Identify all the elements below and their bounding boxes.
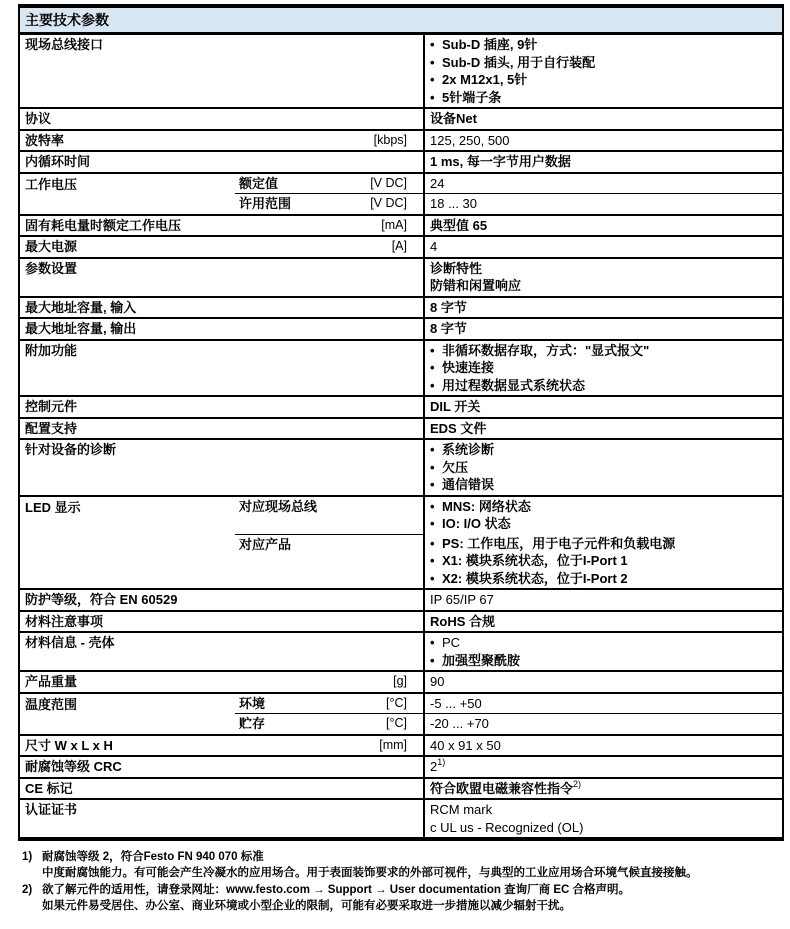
row-sublabel: 对应现场总线 <box>235 498 351 533</box>
table-subrow: 额定值[V DC]24 <box>235 174 782 194</box>
value-line: 防错和闲置响应 <box>430 277 778 295</box>
row-left: 波特率[kbps] <box>20 131 425 151</box>
value-text: RCM mark <box>430 801 492 819</box>
value-text: X1: 模块系统状态，位于I-Port 1 <box>442 552 628 570</box>
row-unit <box>351 320 423 338</box>
row-value: •MNS: 网络状态•IO: I/O 状态 <box>425 497 782 534</box>
value-line: 典型值 65 <box>430 217 778 235</box>
footnote-line: 中度耐腐蚀能力。有可能会产生冷凝水的应用场合。用于表面装饰要求的外部可视件，与典… <box>42 866 784 882</box>
section-title: 主要技术参数 <box>25 12 109 28</box>
value-line: 8 字节 <box>430 320 778 338</box>
value-line: •2x M12x1, 5针 <box>430 71 778 89</box>
row-label: 波特率 <box>20 132 351 150</box>
row-unit <box>351 260 423 295</box>
table-row: LED 显示对应现场总线•MNS: 网络状态•IO: I/O 状态对应产品•PS… <box>20 495 782 589</box>
row-left: CE 标记 <box>20 779 425 799</box>
row-left: 材料信息 - 壳体 <box>20 633 425 670</box>
footnote-reference: 1) <box>437 758 445 776</box>
value-line: IP 65/IP 67 <box>430 591 778 609</box>
bullet-icon: • <box>430 441 442 459</box>
subrow-left: 环境[°C] <box>235 694 425 714</box>
bullet-icon: • <box>430 54 442 72</box>
row-unit: [V DC] <box>351 175 423 193</box>
row-label: 最大地址容量, 输入 <box>20 299 351 317</box>
value-text: 非循环数据存取，方式："显式报文" <box>442 342 649 360</box>
value-text: -20 ... +70 <box>430 715 489 733</box>
value-line: -5 ... +50 <box>430 695 778 713</box>
table-row: 防护等级，符合 EN 60529IP 65/IP 67 <box>20 588 782 610</box>
value-text: 90 <box>430 673 444 691</box>
row-value: 24 <box>425 174 782 194</box>
value-text: 防错和闲置响应 <box>430 277 521 295</box>
row-unit <box>351 441 423 494</box>
value-text: 设备Net <box>430 110 477 128</box>
subrow-stack: 额定值[V DC]24许用范围[V DC]18 ... 30 <box>235 174 782 214</box>
row-label: 工作电压 <box>20 174 235 214</box>
value-line: •5针端子条 <box>430 89 778 107</box>
value-line: 24 <box>430 175 778 193</box>
row-label: 产品重量 <box>20 673 351 691</box>
row-label: 固有耗电量时额定工作电压 <box>20 217 351 235</box>
row-left: 最大地址容量, 输出 <box>20 319 425 339</box>
table-row: 耐腐蚀等级 CRC21) <box>20 755 782 777</box>
row-unit <box>351 36 423 106</box>
row-unit <box>351 420 423 438</box>
bullet-icon: • <box>430 459 442 477</box>
row-sublabel: 环境 <box>235 695 351 713</box>
row-left: 产品重量[g] <box>20 672 425 692</box>
bullet-icon: • <box>430 89 442 107</box>
section-header: 主要技术参数 <box>18 4 784 35</box>
row-value: 诊断特性防错和闲置响应 <box>425 259 782 296</box>
value-text: 40 x 91 x 50 <box>430 737 501 755</box>
footnotes: 1)耐腐蚀等级 2，符合Festo FN 940 070 标准中度耐腐蚀能力。有… <box>18 850 784 914</box>
row-left: 最大电源[A] <box>20 237 425 257</box>
value-line: •IO: I/O 状态 <box>430 515 778 533</box>
row-value: 40 x 91 x 50 <box>425 736 782 756</box>
table-row: 现场总线接口•Sub-D 插座, 9针•Sub-D 插头, 用于自行装配•2x … <box>20 35 782 107</box>
spec-table: 现场总线接口•Sub-D 插座, 9针•Sub-D 插头, 用于自行装配•2x … <box>18 35 784 841</box>
table-subrow: 许用范围[V DC]18 ... 30 <box>235 193 782 214</box>
table-row: CE 标记符合欧盟电磁兼容性指令2) <box>20 777 782 799</box>
table-row: 控制元件DIL 开关 <box>20 395 782 417</box>
value-line: •系统诊断 <box>430 441 778 459</box>
value-line: •加强型聚酰胺 <box>430 652 778 670</box>
row-unit: [°C] <box>351 715 423 733</box>
value-text: 系统诊断 <box>442 441 494 459</box>
table-subrow: 对应现场总线•MNS: 网络状态•IO: I/O 状态 <box>235 497 782 534</box>
value-line: •PC <box>430 634 778 652</box>
value-text: 诊断特性 <box>430 260 482 278</box>
subrow-left: 额定值[V DC] <box>235 174 425 194</box>
row-label: 材料信息 - 壳体 <box>20 634 351 669</box>
footnote-line: 欲了解元件的适用性，请登录网址：www.festo.com → Support … <box>42 883 784 899</box>
row-value: •PC•加强型聚酰胺 <box>425 633 782 670</box>
value-text: DIL 开关 <box>430 398 480 416</box>
value-line: 设备Net <box>430 110 778 128</box>
row-label: 最大电源 <box>20 238 351 256</box>
value-text: 典型值 65 <box>430 217 487 235</box>
row-unit: [g] <box>351 673 423 691</box>
value-text: IP 65/IP 67 <box>430 591 494 609</box>
row-label: 现场总线接口 <box>20 36 351 106</box>
row-unit: [°C] <box>351 695 423 713</box>
table-subrow: 对应产品•PS: 工作电压，用于电子元件和负载电源•X1: 模块系统状态，位于I… <box>235 534 782 589</box>
row-left: 固有耗电量时额定工作电压[mA] <box>20 216 425 236</box>
row-left: 尺寸 W x L x H[mm] <box>20 736 425 756</box>
value-line: •通信错误 <box>430 476 778 494</box>
row-value: 125, 250, 500 <box>425 131 782 151</box>
subrow-left: 许用范围[V DC] <box>235 193 425 214</box>
row-left: 参数设置 <box>20 259 425 296</box>
table-row: 协议设备Net <box>20 107 782 129</box>
row-value: RCM markc UL us - Recognized (OL) <box>425 800 782 837</box>
value-text: 8 字节 <box>430 299 467 317</box>
value-text: 4 <box>430 238 437 256</box>
row-left: 认证证书 <box>20 800 425 837</box>
row-unit: [A] <box>351 238 423 256</box>
bullet-icon: • <box>430 634 442 652</box>
value-line: 8 字节 <box>430 299 778 317</box>
footnote: 2)欲了解元件的适用性，请登录网址：www.festo.com → Suppor… <box>18 883 784 914</box>
table-row: 温度范围环境[°C]-5 ... +50贮存[°C]-20 ... +70 <box>20 692 782 734</box>
value-text: IO: I/O 状态 <box>442 515 511 533</box>
row-left: 协议 <box>20 109 425 129</box>
row-left: 配置支持 <box>20 419 425 439</box>
table-row: 尺寸 W x L x H[mm]40 x 91 x 50 <box>20 734 782 756</box>
bullet-icon: • <box>430 652 442 670</box>
value-line: RCM mark <box>430 801 778 819</box>
row-sublabel: 额定值 <box>235 175 351 193</box>
value-text: 5针端子条 <box>442 89 501 107</box>
value-line: EDS 文件 <box>430 420 778 438</box>
table-row: 波特率[kbps]125, 250, 500 <box>20 129 782 151</box>
value-text: -5 ... +50 <box>430 695 482 713</box>
bullet-icon: • <box>430 515 442 533</box>
bullet-icon: • <box>430 535 442 553</box>
row-sublabel: 对应产品 <box>235 536 351 588</box>
value-text: PS: 工作电压，用于电子元件和负载电源 <box>442 535 675 553</box>
value-text: 24 <box>430 175 444 193</box>
bullet-icon: • <box>430 71 442 89</box>
row-unit <box>351 153 423 171</box>
row-left: 耐腐蚀等级 CRC <box>20 757 425 777</box>
row-unit <box>351 780 423 798</box>
row-left: 内循环时间 <box>20 152 425 172</box>
row-unit <box>351 801 423 836</box>
value-text: 2 <box>430 758 437 776</box>
row-value: •Sub-D 插座, 9针•Sub-D 插头, 用于自行装配•2x M12x1,… <box>425 35 782 107</box>
value-line: •MNS: 网络状态 <box>430 498 778 516</box>
value-text: 用过程数据显式系统状态 <box>442 377 585 395</box>
row-left: 附加功能 <box>20 341 425 396</box>
value-text: c UL us - Recognized (OL) <box>430 819 583 837</box>
value-line: RoHS 合规 <box>430 613 778 631</box>
row-value: 设备Net <box>425 109 782 129</box>
value-line: •欠压 <box>430 459 778 477</box>
value-line: 4 <box>430 238 778 256</box>
row-value: 典型值 65 <box>425 216 782 236</box>
row-left: 现场总线接口 <box>20 35 425 107</box>
value-text: 1 ms, 每一字节用户数据 <box>430 153 571 171</box>
row-label: 耐腐蚀等级 CRC <box>20 758 351 776</box>
footnote-marker: 1) <box>18 850 42 881</box>
subrow-stack: 环境[°C]-5 ... +50贮存[°C]-20 ... +70 <box>235 694 782 734</box>
table-row: 配置支持EDS 文件 <box>20 417 782 439</box>
value-text: PC <box>442 634 460 652</box>
table-row: 参数设置诊断特性防错和闲置响应 <box>20 257 782 296</box>
row-label: 防护等级，符合 EN 60529 <box>20 591 351 609</box>
row-unit <box>351 634 423 669</box>
table-subrow: 环境[°C]-5 ... +50 <box>235 694 782 714</box>
value-line: •用过程数据显式系统状态 <box>430 377 778 395</box>
value-text: 18 ... 30 <box>430 195 477 213</box>
subrow-stack: 对应现场总线•MNS: 网络状态•IO: I/O 状态对应产品•PS: 工作电压… <box>235 497 782 589</box>
row-unit <box>351 498 423 533</box>
value-text: 欠压 <box>442 459 468 477</box>
value-text: MNS: 网络状态 <box>442 498 531 516</box>
value-line: •快速连接 <box>430 359 778 377</box>
value-text: 8 字节 <box>430 320 467 338</box>
value-text: RoHS 合规 <box>430 613 495 631</box>
value-line: •Sub-D 插座, 9针 <box>430 36 778 54</box>
row-unit <box>351 299 423 317</box>
value-text: 通信错误 <box>442 476 494 494</box>
row-value: 18 ... 30 <box>425 193 782 214</box>
row-label: CE 标记 <box>20 780 351 798</box>
row-unit: [mm] <box>351 737 423 755</box>
table-row: 内循环时间1 ms, 每一字节用户数据 <box>20 150 782 172</box>
row-unit <box>351 536 423 588</box>
value-text: Sub-D 插座, 9针 <box>442 36 537 54</box>
value-line: 40 x 91 x 50 <box>430 737 778 755</box>
table-row: 工作电压额定值[V DC]24许用范围[V DC]18 ... 30 <box>20 172 782 214</box>
value-line: -20 ... +70 <box>430 715 778 733</box>
row-label: 控制元件 <box>20 398 351 416</box>
value-line: 符合欧盟电磁兼容性指令2) <box>430 780 778 798</box>
table-row: 认证证书RCM markc UL us - Recognized (OL) <box>20 798 782 837</box>
value-line: 1 ms, 每一字节用户数据 <box>430 153 778 171</box>
row-value: 21) <box>425 757 782 777</box>
table-row: 最大地址容量, 输入8 字节 <box>20 296 782 318</box>
row-label: 参数设置 <box>20 260 351 295</box>
row-value: -20 ... +70 <box>425 713 782 734</box>
value-text: 加强型聚酰胺 <box>442 652 520 670</box>
row-unit <box>351 110 423 128</box>
bullet-icon: • <box>430 342 442 360</box>
row-unit <box>351 342 423 395</box>
row-left: 控制元件 <box>20 397 425 417</box>
bullet-icon: • <box>430 476 442 494</box>
row-left: 针对设备的诊断 <box>20 440 425 495</box>
row-label: 协议 <box>20 110 351 128</box>
subrow-left: 对应产品 <box>235 534 425 589</box>
row-value: IP 65/IP 67 <box>425 590 782 610</box>
table-row: 附加功能•非循环数据存取，方式："显式报文"•快速连接•用过程数据显式系统状态 <box>20 339 782 396</box>
value-text: 125, 250, 500 <box>430 132 510 150</box>
bullet-icon: • <box>430 570 442 588</box>
value-line: 21) <box>430 758 778 776</box>
row-sublabel: 许用范围 <box>235 195 351 213</box>
row-unit <box>351 398 423 416</box>
value-text: X2: 模块系统状态，位于I-Port 2 <box>442 570 628 588</box>
row-label: 内循环时间 <box>20 153 351 171</box>
row-left: 防护等级，符合 EN 60529 <box>20 590 425 610</box>
value-line: 18 ... 30 <box>430 195 778 213</box>
row-value: RoHS 合规 <box>425 612 782 632</box>
row-left: 材料注意事项 <box>20 612 425 632</box>
footnote-lines: 耐腐蚀等级 2，符合Festo FN 940 070 标准中度耐腐蚀能力。有可能… <box>42 850 784 881</box>
bullet-icon: • <box>430 36 442 54</box>
value-line: •X2: 模块系统状态，位于I-Port 2 <box>430 570 778 588</box>
footnote-line: 耐腐蚀等级 2，符合Festo FN 940 070 标准 <box>42 850 784 866</box>
row-label: 材料注意事项 <box>20 613 351 631</box>
row-value: •非循环数据存取，方式："显式报文"•快速连接•用过程数据显式系统状态 <box>425 341 782 396</box>
row-sublabel: 贮存 <box>235 715 351 733</box>
row-unit <box>351 591 423 609</box>
row-label: 尺寸 W x L x H <box>20 737 351 755</box>
value-line: •PS: 工作电压，用于电子元件和负载电源 <box>430 535 778 553</box>
row-label: 温度范围 <box>20 694 235 734</box>
value-text: Sub-D 插头, 用于自行装配 <box>442 54 595 72</box>
row-value: 90 <box>425 672 782 692</box>
bullet-icon: • <box>430 498 442 516</box>
row-value: 符合欧盟电磁兼容性指令2) <box>425 779 782 799</box>
row-value: 1 ms, 每一字节用户数据 <box>425 152 782 172</box>
table-row: 最大电源[A]4 <box>20 235 782 257</box>
footnote-lines: 欲了解元件的适用性，请登录网址：www.festo.com → Support … <box>42 883 784 914</box>
row-label: 最大地址容量, 输出 <box>20 320 351 338</box>
row-unit <box>351 758 423 776</box>
datasheet-page: 主要技术参数 现场总线接口•Sub-D 插座, 9针•Sub-D 插头, 用于自… <box>18 4 784 914</box>
row-value: •系统诊断•欠压•通信错误 <box>425 440 782 495</box>
row-value: 8 字节 <box>425 319 782 339</box>
table-row: 材料注意事项RoHS 合规 <box>20 610 782 632</box>
table-row: 材料信息 - 壳体•PC•加强型聚酰胺 <box>20 631 782 670</box>
table-row: 最大地址容量, 输出8 字节 <box>20 317 782 339</box>
row-label: 针对设备的诊断 <box>20 441 351 494</box>
bullet-icon: • <box>430 552 442 570</box>
footnote-reference: 2) <box>573 780 581 798</box>
value-text: EDS 文件 <box>430 420 486 438</box>
footnote-marker: 2) <box>18 883 42 914</box>
value-line: 诊断特性 <box>430 260 778 278</box>
row-value: -5 ... +50 <box>425 694 782 714</box>
value-text: 2x M12x1, 5针 <box>442 71 527 89</box>
row-value: 4 <box>425 237 782 257</box>
value-line: •Sub-D 插头, 用于自行装配 <box>430 54 778 72</box>
value-text: 符合欧盟电磁兼容性指令 <box>430 780 573 798</box>
row-value: •PS: 工作电压，用于电子元件和负载电源•X1: 模块系统状态，位于I-Por… <box>425 534 782 589</box>
table-row: 固有耗电量时额定工作电压[mA]典型值 65 <box>20 214 782 236</box>
footnote-line: 如果元件易受居住、办公室、商业环境或小型企业的限制，可能有必要采取进一步措施以减… <box>42 899 784 915</box>
row-label: 配置支持 <box>20 420 351 438</box>
subrow-left: 贮存[°C] <box>235 713 425 734</box>
value-line: DIL 开关 <box>430 398 778 416</box>
row-label: 附加功能 <box>20 342 351 395</box>
value-line: 90 <box>430 673 778 691</box>
table-row: 产品重量[g]90 <box>20 670 782 692</box>
value-line: •非循环数据存取，方式："显式报文" <box>430 342 778 360</box>
row-unit: [V DC] <box>351 195 423 213</box>
bullet-icon: • <box>430 377 442 395</box>
footnote: 1)耐腐蚀等级 2，符合Festo FN 940 070 标准中度耐腐蚀能力。有… <box>18 850 784 881</box>
table-subrow: 贮存[°C]-20 ... +70 <box>235 713 782 734</box>
row-unit <box>351 613 423 631</box>
row-value: EDS 文件 <box>425 419 782 439</box>
row-label: LED 显示 <box>20 497 235 589</box>
subrow-left: 对应现场总线 <box>235 497 425 534</box>
value-line: 125, 250, 500 <box>430 132 778 150</box>
row-left: 最大地址容量, 输入 <box>20 298 425 318</box>
row-value: 8 字节 <box>425 298 782 318</box>
bullet-icon: • <box>430 359 442 377</box>
row-label: 认证证书 <box>20 801 351 836</box>
row-unit: [mA] <box>351 217 423 235</box>
value-line: •X1: 模块系统状态，位于I-Port 1 <box>430 552 778 570</box>
row-value: DIL 开关 <box>425 397 782 417</box>
value-text: 快速连接 <box>442 359 494 377</box>
row-unit: [kbps] <box>351 132 423 150</box>
value-line: c UL us - Recognized (OL) <box>430 819 778 837</box>
table-row: 针对设备的诊断•系统诊断•欠压•通信错误 <box>20 438 782 495</box>
